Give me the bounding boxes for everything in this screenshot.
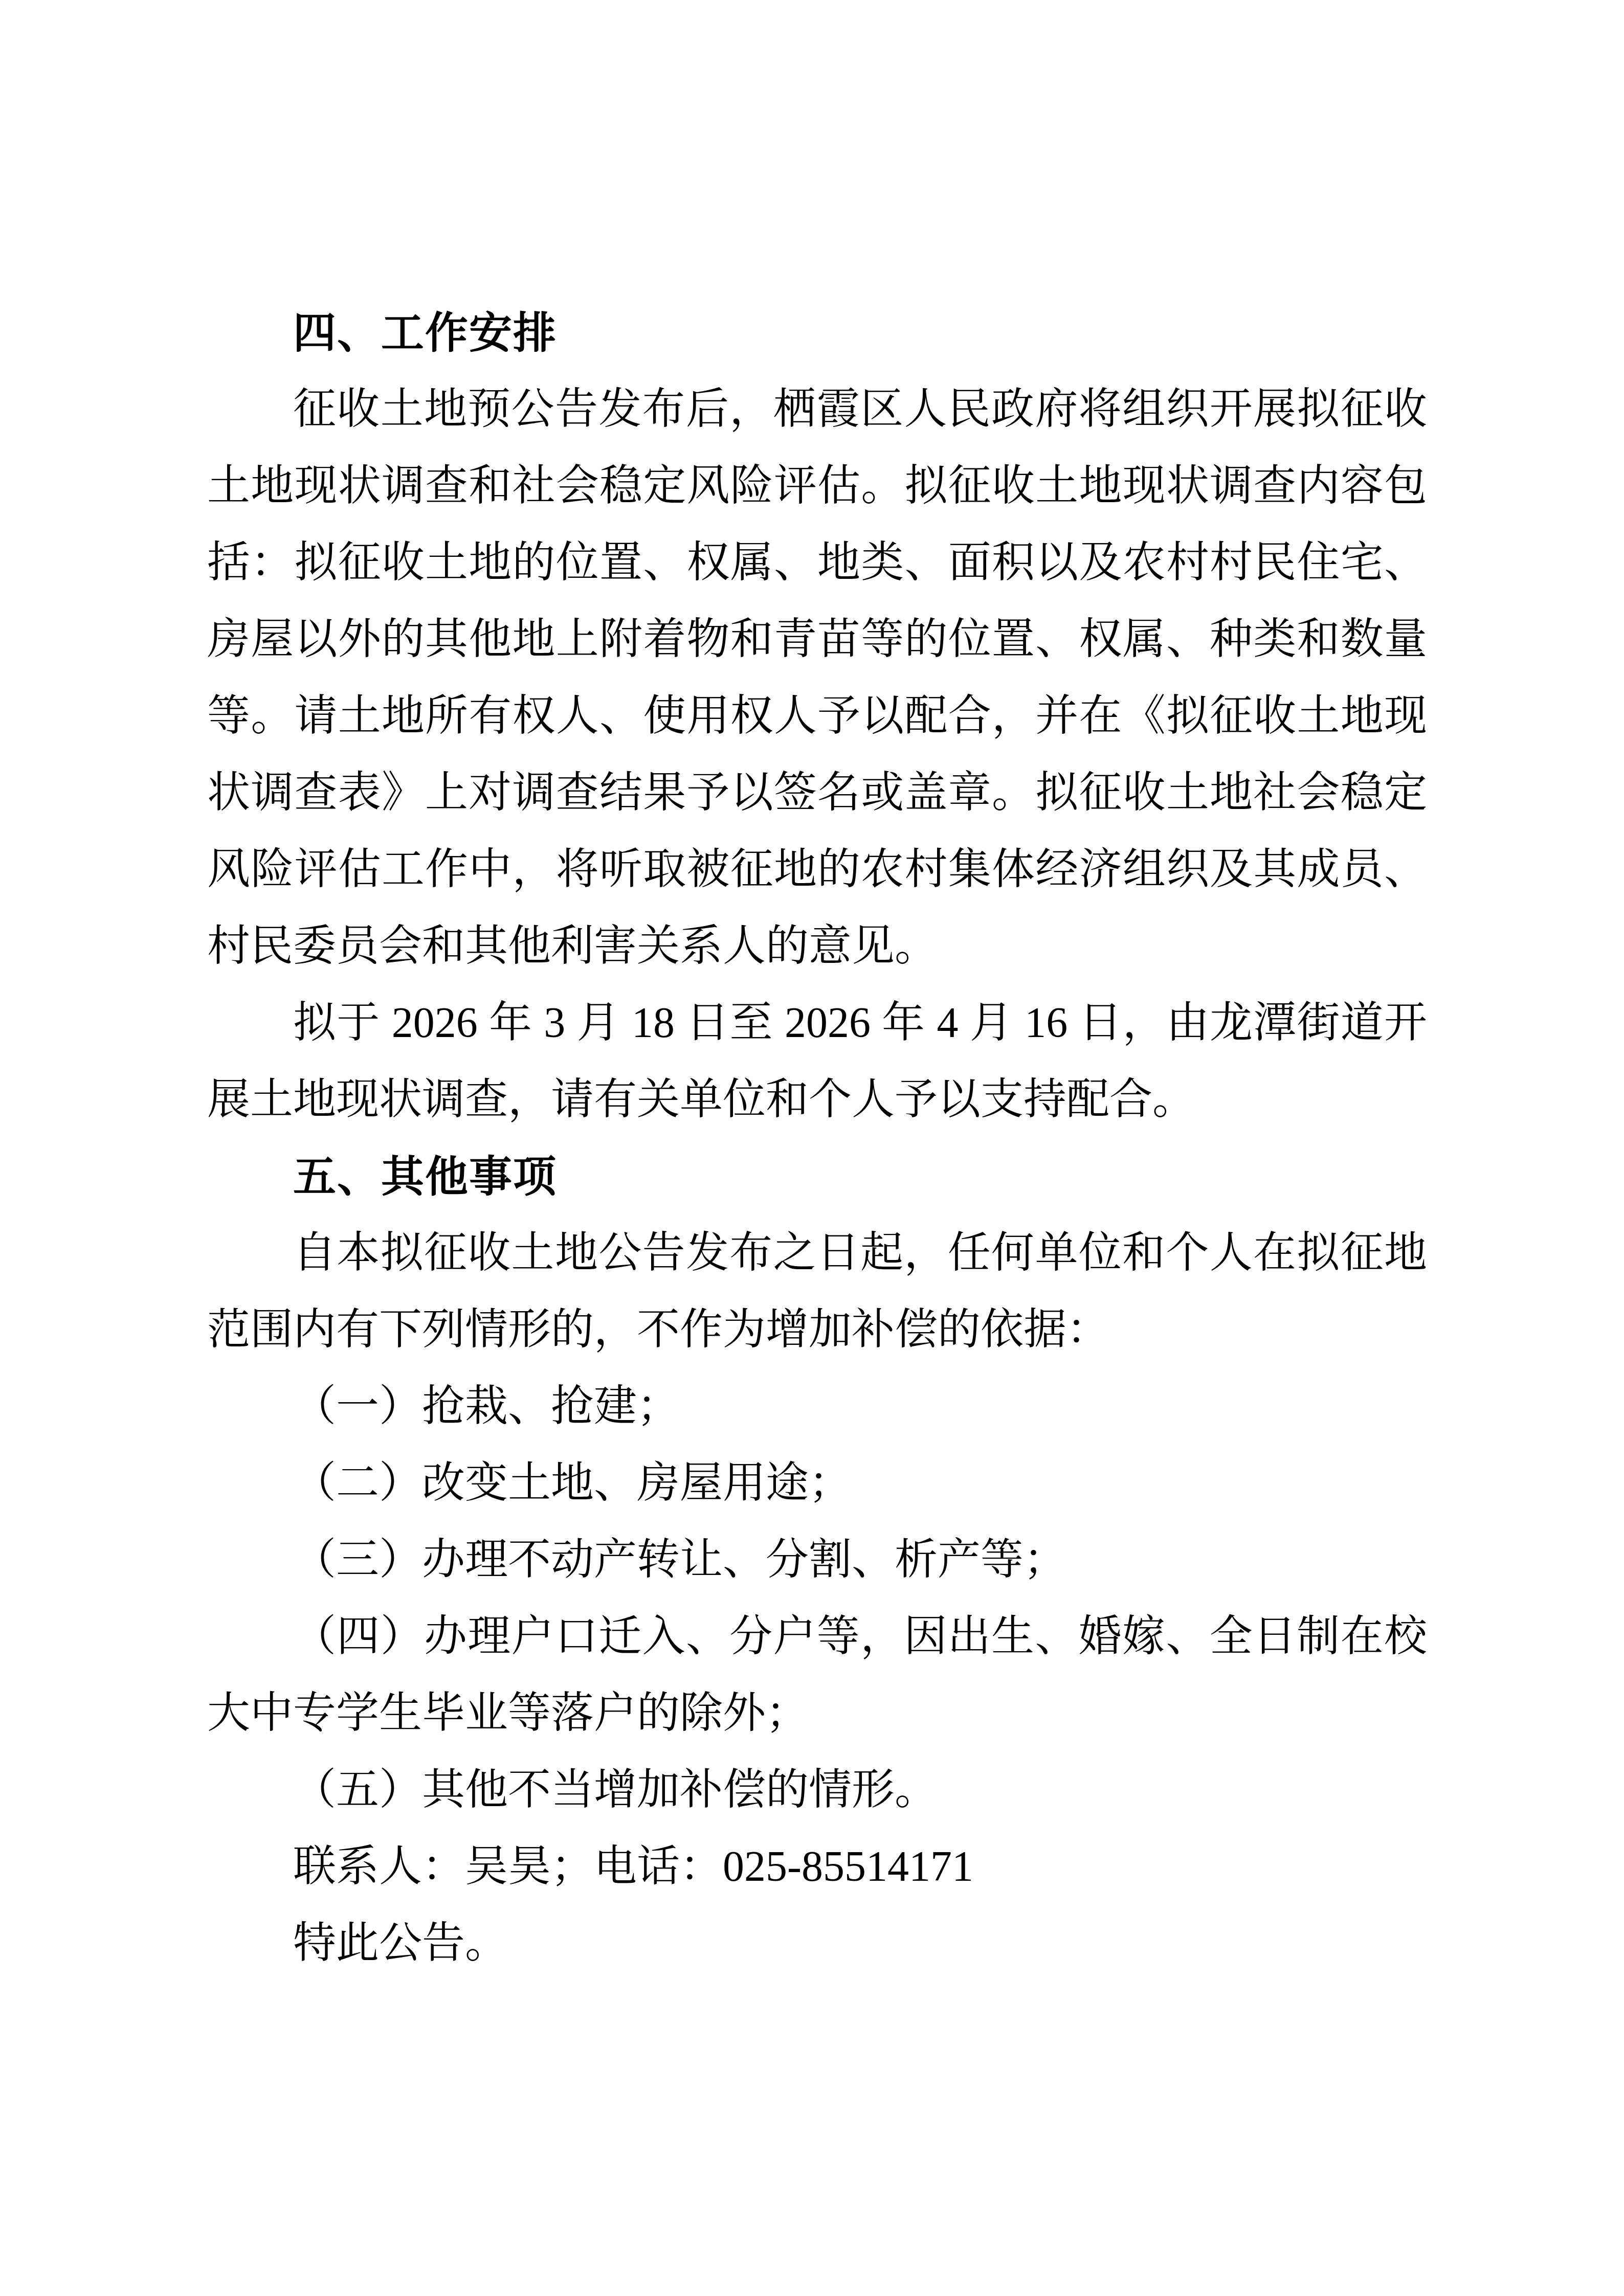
list-item-5: （五）其他不当增加补偿的情形。 xyxy=(207,1752,1427,1829)
list-item-3: （三）办理不动产转让、分割、析产等； xyxy=(207,1522,1427,1599)
para-other-matters-intro: 自本拟征收土地公告发布之日起，任何单位和个人在拟征地范围内有下列情形的，不作为增… xyxy=(207,1215,1427,1368)
section-heading-work-arrangement: 四、工作安排 xyxy=(207,295,1427,371)
list-item-2: （二）改变土地、房屋用途； xyxy=(207,1445,1427,1522)
para-contact-info: 联系人：吴昊；电话：025-85514171 xyxy=(207,1829,1427,1905)
list-item-4: （四）办理户口迁入、分户等，因出生、婚嫁、全日制在校大中专学生毕业等落户的除外； xyxy=(207,1599,1427,1752)
para-survey-and-risk-assessment: 征收土地预公告发布后，栖霞区人民政府将组织开展拟征收土地现状调查和社会稳定风险评… xyxy=(207,371,1427,985)
section-heading-other-matters: 五、其他事项 xyxy=(207,1138,1427,1215)
list-item-1: （一）抢栽、抢建； xyxy=(207,1368,1427,1445)
document-content: 四、工作安排 征收土地预公告发布后，栖霞区人民政府将组织开展拟征收土地现状调查和… xyxy=(207,295,1427,1982)
document-page: 四、工作安排 征收土地预公告发布后，栖霞区人民政府将组织开展拟征收土地现状调查和… xyxy=(0,0,1624,2296)
para-closing-statement: 特此公告。 xyxy=(207,1905,1427,1982)
para-survey-schedule: 拟于 2026 年 3 月 18 日至 2026 年 4 月 16 日，由龙潭街… xyxy=(207,985,1427,1138)
